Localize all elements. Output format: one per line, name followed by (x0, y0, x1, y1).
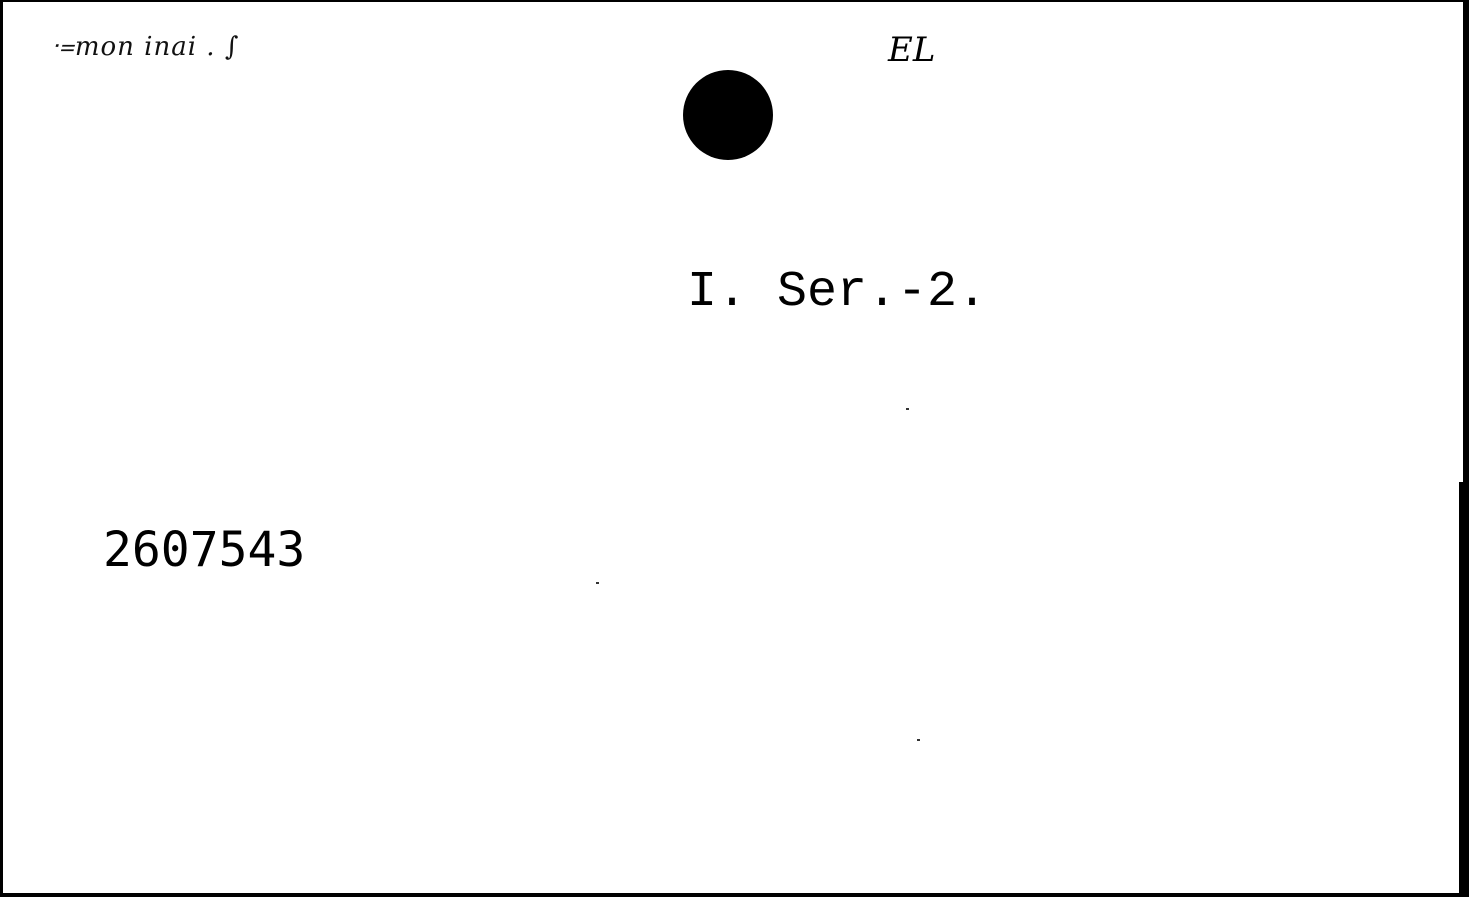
punch-hole-icon (683, 70, 773, 160)
speck (906, 408, 909, 410)
classification-label: I. Ser.-2. (687, 264, 987, 321)
handwritten-note: ᐧ᐀mon inai . ∫ (51, 32, 239, 63)
speck (596, 582, 599, 584)
catalog-number: 2607543 (103, 522, 305, 578)
catalog-card: ᐧ᐀mon inai . ∫ EL I. Ser.-2. 2607543 (2, 2, 1463, 893)
speck (917, 739, 920, 741)
handwritten-initials: EL (888, 30, 935, 70)
